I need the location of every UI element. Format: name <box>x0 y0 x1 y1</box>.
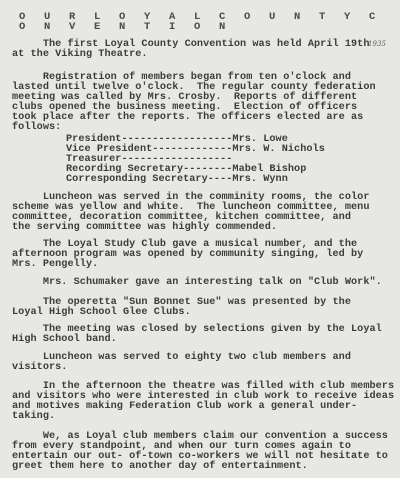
paragraph-registration: Registration of members began from ten o… <box>12 73 397 133</box>
paragraph-club-work-talk: Mrs. Schumaker gave an interesting talk … <box>12 278 397 288</box>
paragraph-luncheon-rooms: Luncheon was served in the comminity roo… <box>12 193 397 233</box>
paragraph-closing: We, as Loyal club members claim our conv… <box>12 432 397 472</box>
document-title: O U R L O Y A L C O U N T Y C O N V E N … <box>19 12 400 32</box>
officer-corresponding-secretary: Corresponding Secretary----Mrs. Wynn <box>66 175 288 185</box>
paragraph-convention-held: The first Loyal County Convention was he… <box>12 40 397 60</box>
paragraph-afternoon-theatre: In the afternoon the theatre was filled … <box>12 382 397 422</box>
typed-document-page: O U R L O Y A L C O U N T Y C O N V E N … <box>0 0 400 478</box>
paragraph-study-club: The Loyal Study Club gave a musical numb… <box>12 240 397 270</box>
paragraph-meeting-closed: The meeting was closed by selections giv… <box>12 325 397 345</box>
paragraph-operetta: The operetta "Sun Bonnet Sue" was presen… <box>12 298 397 318</box>
paragraph-luncheon-served: Luncheon was served to eighty two club m… <box>12 353 397 373</box>
